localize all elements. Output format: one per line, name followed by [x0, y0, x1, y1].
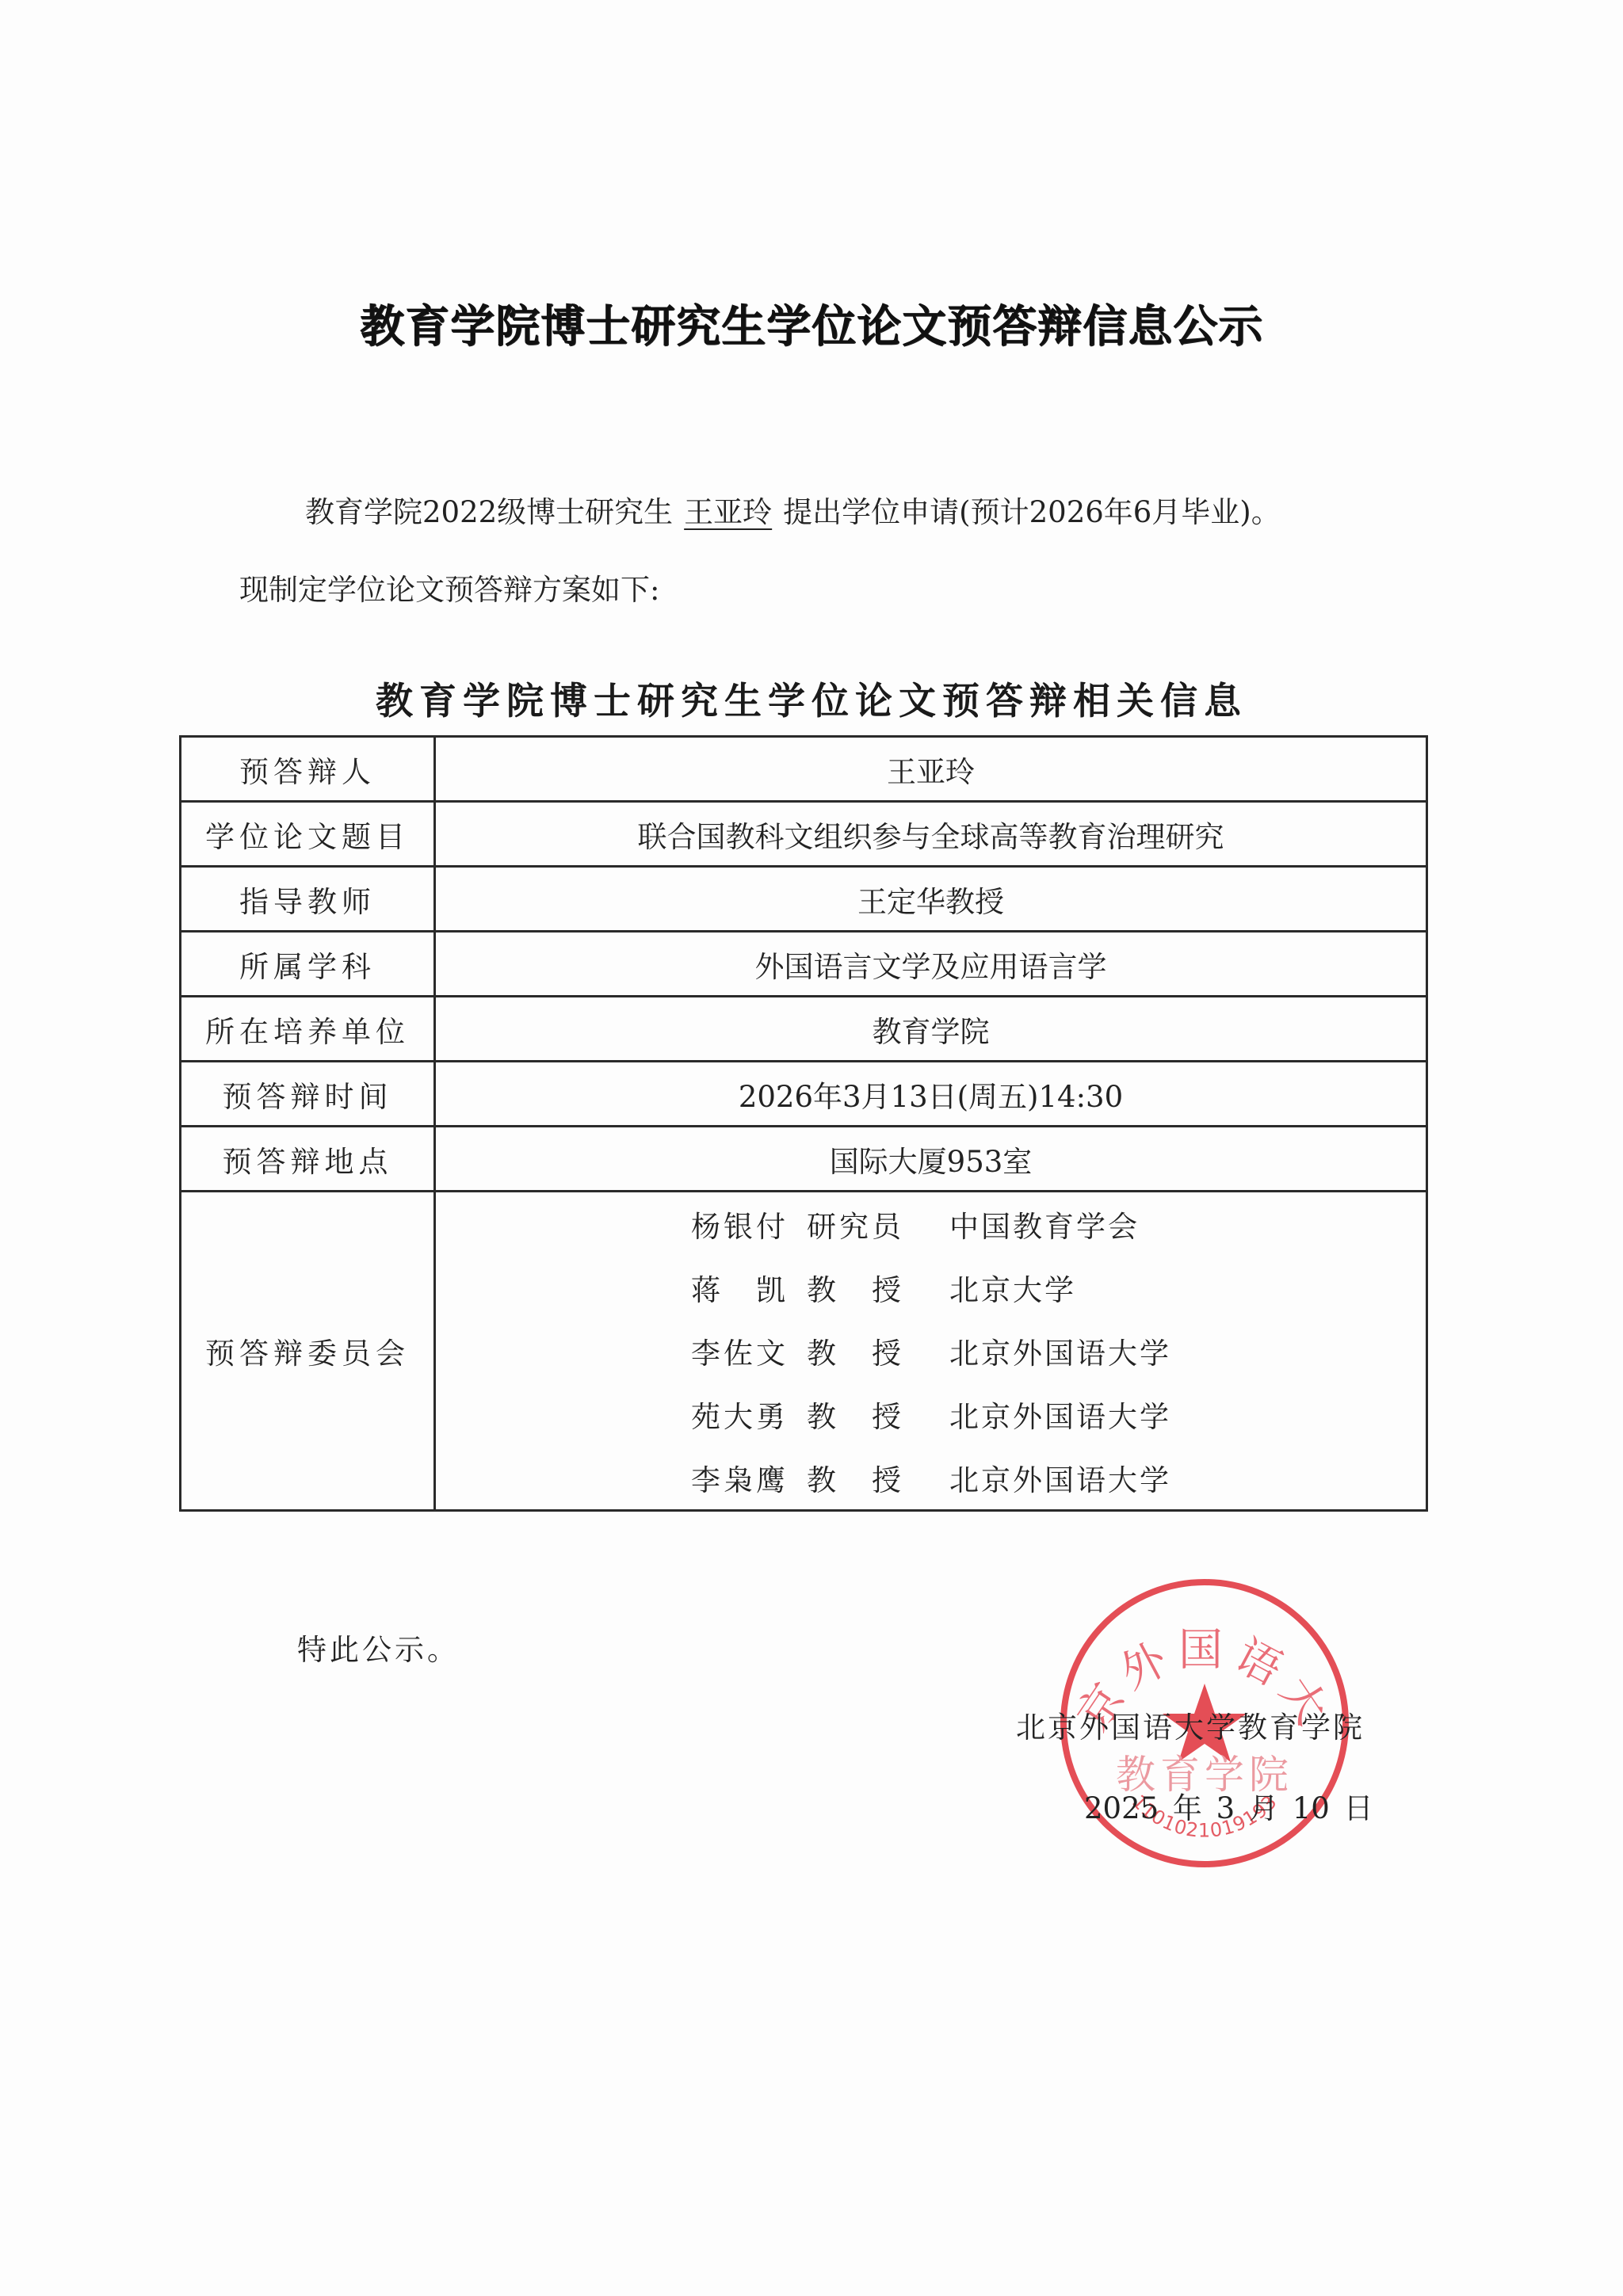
- closing-statement: 特此公示。: [297, 1626, 460, 1669]
- committee-member: 蒋 凯 教 授 北京大学: [691, 1256, 1076, 1319]
- table-title: 教育学院博士研究生学位论文预答辩相关信息: [0, 672, 1623, 725]
- committee-list: 杨银付 研究员 中国教育学会 蒋 凯 教 授 北京大学 李佐文 教 授: [691, 1192, 1426, 1509]
- table-row-unit: 所在培养单位 教育学院: [181, 997, 1427, 1062]
- member-org: 北京外国语大学: [949, 1393, 1171, 1436]
- row-label: 预答辩人: [181, 737, 435, 802]
- student-name: 王亚玲: [673, 495, 783, 529]
- row-value: 教育学院: [435, 997, 1427, 1062]
- signature-date: 2025 年 3 月 10 日: [1084, 1784, 1373, 1827]
- table-row-location: 预答辩地点 国际大厦953室: [181, 1127, 1427, 1192]
- row-label: 预答辩委员会: [181, 1192, 435, 1511]
- committee-member: 杨银付 研究员 中国教育学会: [691, 1192, 1140, 1256]
- row-label: 预答辩时间: [181, 1062, 435, 1127]
- member-org: 北京外国语大学: [949, 1329, 1171, 1372]
- row-label: 所属学科: [181, 932, 435, 997]
- page-title: 教育学院博士研究生学位论文预答辩信息公示: [0, 292, 1623, 355]
- member-name: 李佐文: [691, 1329, 807, 1372]
- member-title: 教 授: [807, 1329, 949, 1372]
- member-org: 北京大学: [949, 1266, 1076, 1309]
- member-name: 苑大勇: [691, 1393, 807, 1436]
- row-label: 所在培养单位: [181, 997, 435, 1062]
- member-org: 中国教育学会: [949, 1203, 1140, 1245]
- defense-info-table: 预答辩人 王亚玲 学位论文题目 联合国教科文组织参与全球高等教育治理研究 指导教…: [179, 735, 1428, 1512]
- row-value: 王亚玲: [435, 737, 1427, 802]
- document-page: 教育学院博士研究生学位论文预答辩信息公示 教育学院2022级博士研究生王亚玲提出…: [0, 0, 1623, 2296]
- member-name: 杨银付: [691, 1203, 807, 1245]
- table-row-defender: 预答辩人 王亚玲: [181, 737, 1427, 802]
- signature-organization: 北京外国语大学教育学院: [1016, 1703, 1365, 1746]
- member-title: 研究员: [807, 1203, 949, 1245]
- row-value: 王定华教授: [435, 867, 1427, 932]
- member-name: 李枭鹰: [691, 1456, 807, 1499]
- row-label: 指导教师: [181, 867, 435, 932]
- table-row-time: 预答辩时间 2026年3月13日(周五)14:30: [181, 1062, 1427, 1127]
- row-label: 学位论文题目: [181, 802, 435, 867]
- row-value: 外国语言文学及应用语言学: [435, 932, 1427, 997]
- member-org: 北京外国语大学: [949, 1456, 1171, 1499]
- member-name: 蒋 凯: [691, 1266, 807, 1309]
- intro-line-2: 现制定学位论文预答辩方案如下:: [239, 566, 659, 608]
- intro-paragraph: 教育学院2022级博士研究生王亚玲提出学位申请(预计2026年6月毕业)。: [305, 488, 1281, 531]
- row-value: 2026年3月13日(周五)14:30: [435, 1062, 1427, 1127]
- committee-member: 李枭鹰 教 授 北京外国语大学: [691, 1446, 1171, 1509]
- committee-cell: 杨银付 研究员 中国教育学会 蒋 凯 教 授 北京大学 李佐文 教 授: [435, 1192, 1427, 1511]
- member-title: 教 授: [807, 1456, 949, 1499]
- table-row-discipline: 所属学科 外国语言文学及应用语言学: [181, 932, 1427, 997]
- table-row-advisor: 指导教师 王定华教授: [181, 867, 1427, 932]
- table-row-thesis-title: 学位论文题目 联合国教科文组织参与全球高等教育治理研究: [181, 802, 1427, 867]
- intro-suffix: 提出学位申请(预计2026年6月毕业)。: [783, 495, 1281, 529]
- table-row-committee: 预答辩委员会 杨银付 研究员 中国教育学会 蒋 凯 教 授 北京大学: [181, 1192, 1427, 1511]
- member-title: 教 授: [807, 1266, 949, 1309]
- row-value: 联合国教科文组织参与全球高等教育治理研究: [435, 802, 1427, 867]
- member-title: 教 授: [807, 1393, 949, 1436]
- committee-member: 李佐文 教 授 北京外国语大学: [691, 1319, 1171, 1383]
- intro-prefix: 教育学院2022级博士研究生: [305, 495, 673, 529]
- row-label: 预答辩地点: [181, 1127, 435, 1192]
- committee-member: 苑大勇 教 授 北京外国语大学: [691, 1383, 1171, 1446]
- row-value: 国际大厦953室: [435, 1127, 1427, 1192]
